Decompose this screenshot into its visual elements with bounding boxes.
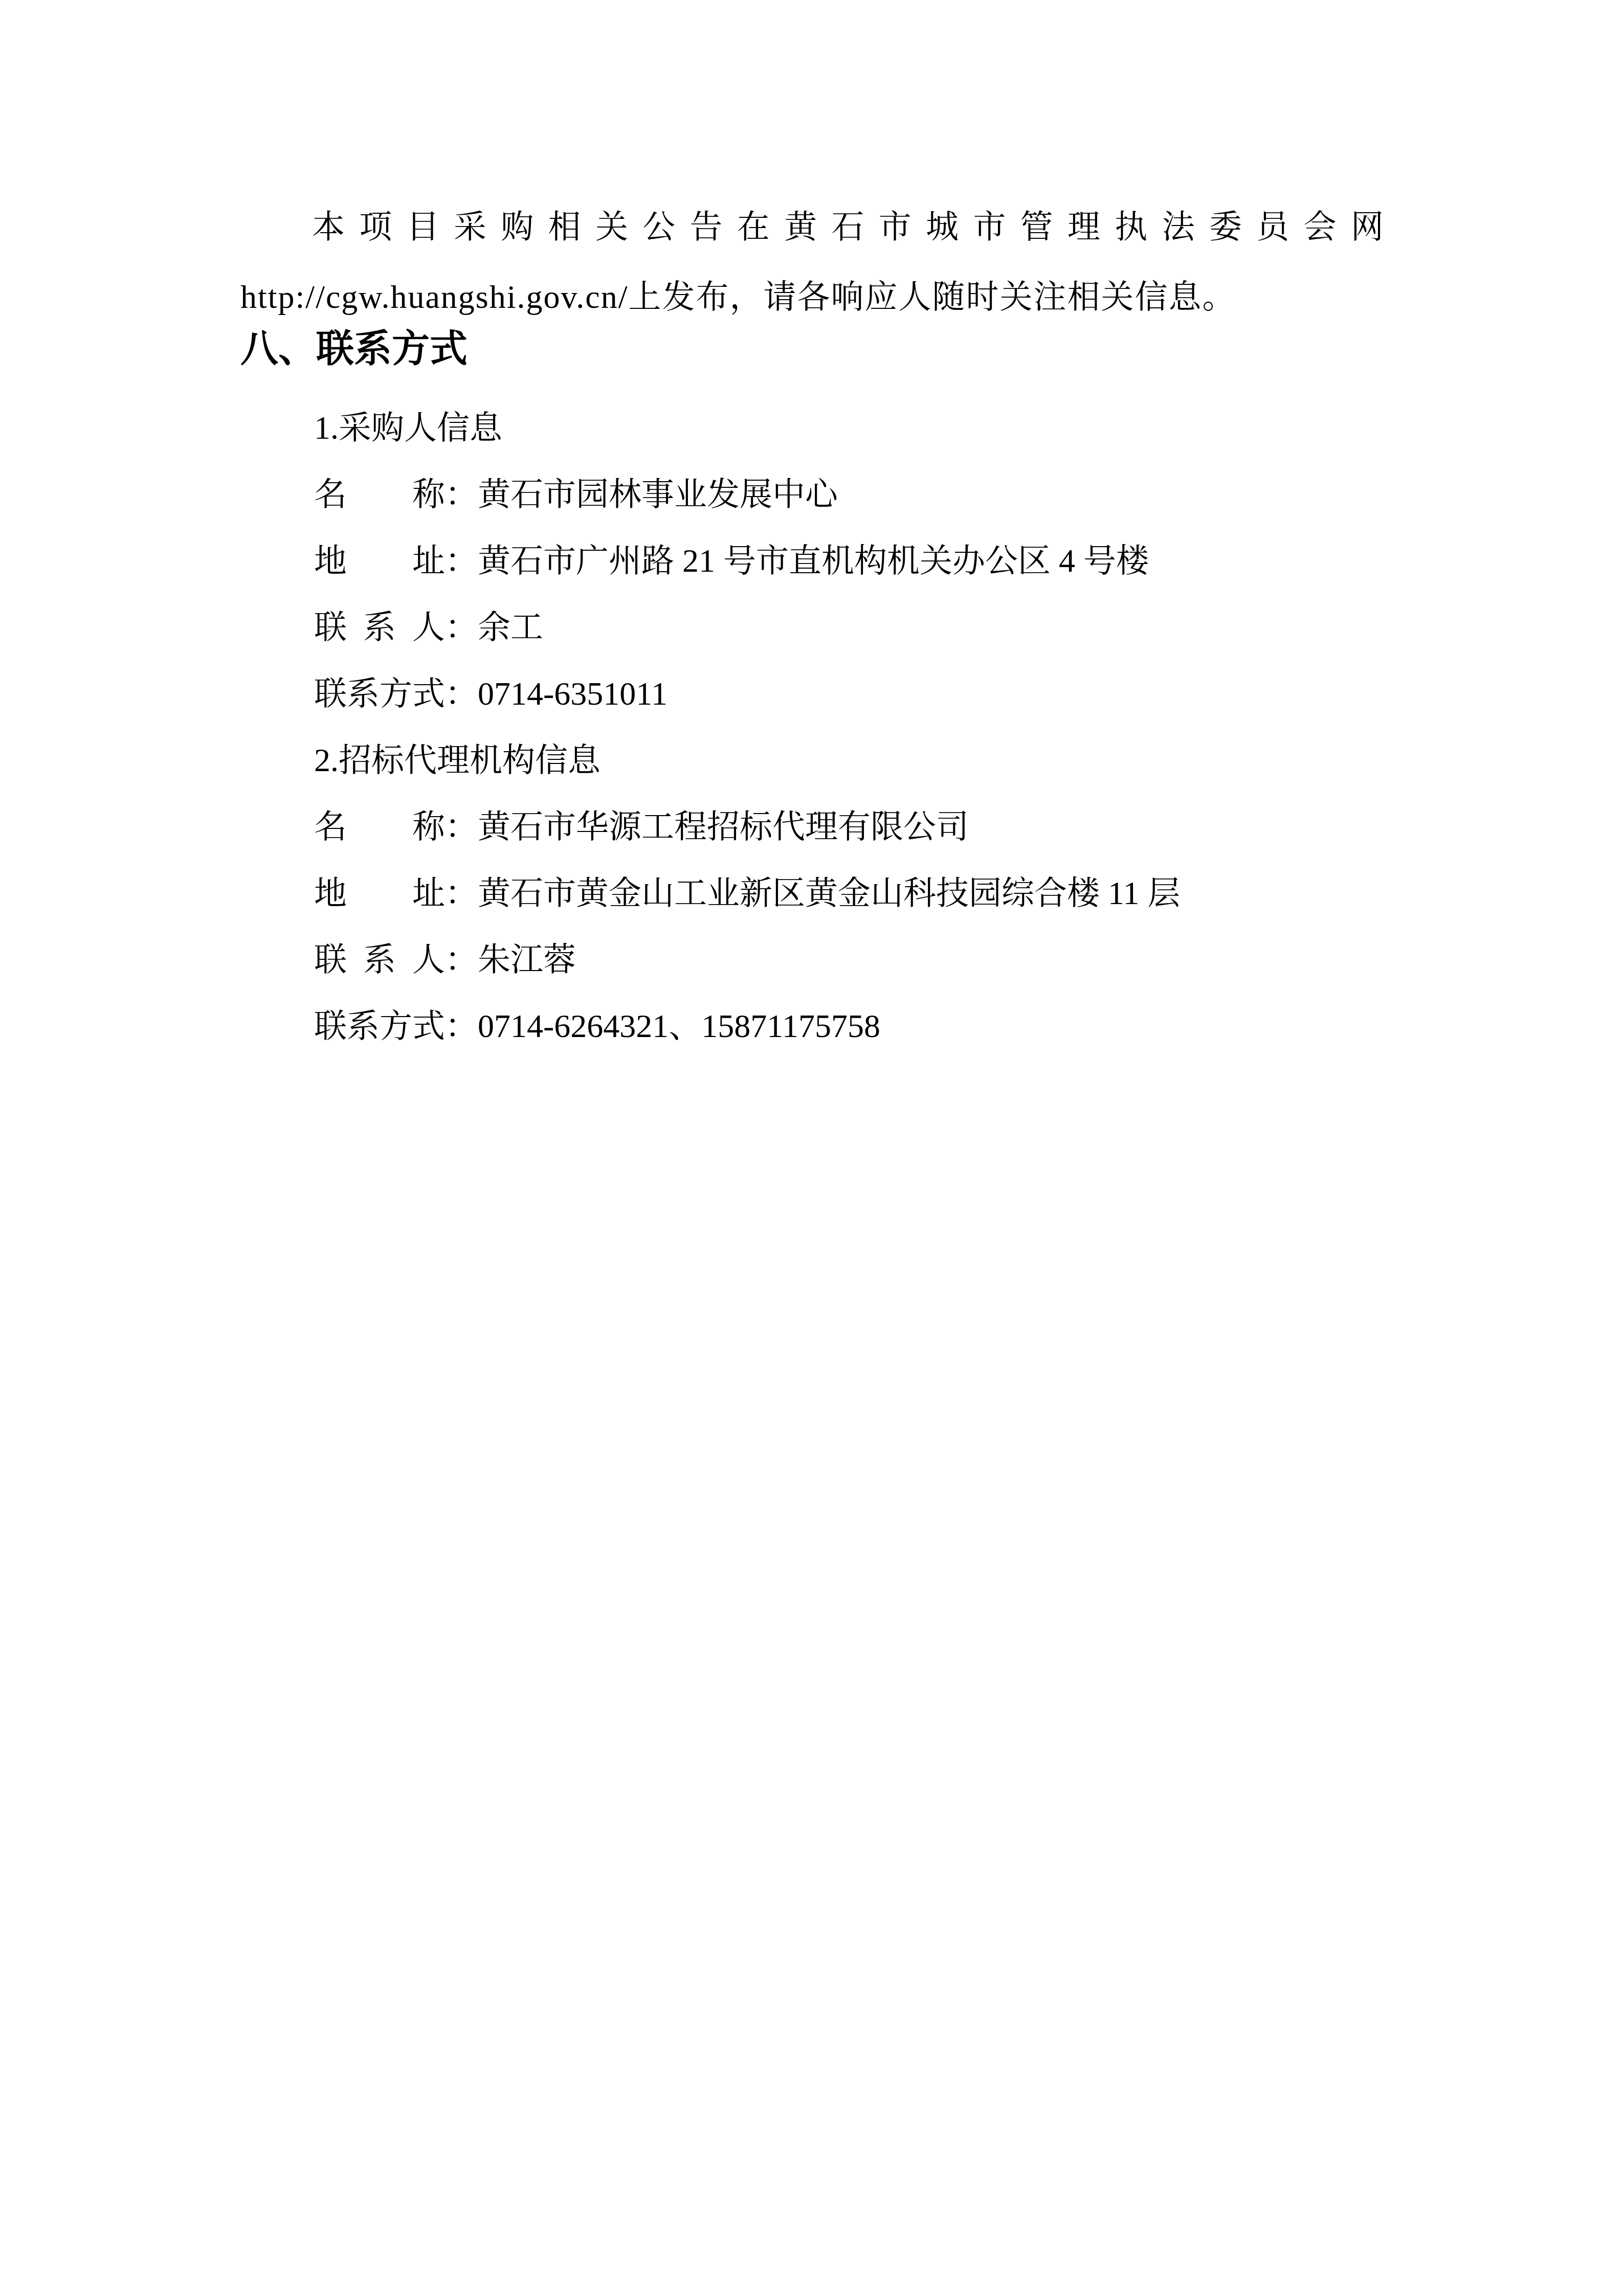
field-value: 0714-6264321、15871175758 (478, 1008, 880, 1044)
field-label: 联系方式： (314, 1008, 478, 1044)
field-label: 地 址： (314, 543, 478, 579)
field-label: 联 系 人： (314, 609, 478, 645)
document-page: 本项目采购相关公告在黄石市城市管理执法委员会网 http://cgw.huang… (0, 0, 1624, 2296)
field-value: 朱江蓉 (478, 941, 576, 978)
opening-paragraph-line1: 本项目采购相关公告在黄石市城市管理执法委员会网 (312, 211, 1384, 243)
agency-address-row: 地 址：黄石市黄金山工业新区黄金山科技园综合楼 11 层 (314, 860, 1181, 927)
agency-subsection-heading: 2.招标代理机构信息 (314, 727, 1181, 794)
purchaser-contact-person-row: 联 系 人：余工 (314, 594, 1181, 661)
field-value: 0714-6351011 (478, 676, 668, 712)
agency-phone-row: 联系方式：0714-6264321、15871175758 (314, 993, 1181, 1060)
field-value: 黄石市广州路 21 号市直机构机关办公区 4 号楼 (478, 543, 1149, 579)
purchaser-phone-row: 联系方式：0714-6351011 (314, 661, 1181, 727)
purchaser-address-row: 地 址：黄石市广州路 21 号市直机构机关办公区 4 号楼 (314, 528, 1181, 594)
field-label: 地 址： (314, 875, 478, 911)
purchaser-subsection-heading: 1.采购人信息 (314, 395, 1181, 461)
field-label: 名 称： (314, 476, 478, 512)
field-value: 余工 (478, 609, 543, 645)
purchaser-name-row: 名 称：黄石市园林事业发展中心 (314, 461, 1181, 528)
field-label: 联系方式： (314, 676, 478, 712)
field-label: 联 系 人： (314, 941, 478, 978)
agency-contact-person-row: 联 系 人：朱江蓉 (314, 927, 1181, 993)
field-value: 黄石市园林事业发展中心 (478, 476, 838, 512)
field-value: 黄石市华源工程招标代理有限公司 (478, 808, 969, 845)
section-heading-contact-info: 八、联系方式 (240, 330, 468, 368)
agency-name-row: 名 称：黄石市华源工程招标代理有限公司 (314, 794, 1181, 860)
contact-info-block: 1.采购人信息 名 称：黄石市园林事业发展中心 地 址：黄石市广州路 21 号市… (314, 395, 1181, 1060)
field-value: 黄石市黄金山工业新区黄金山科技园综合楼 11 层 (478, 875, 1181, 911)
opening-paragraph-line2-url: http://cgw.huangshi.gov.cn/上发布，请各响应人随时关注… (240, 281, 1236, 313)
field-label: 名 称： (314, 808, 478, 845)
